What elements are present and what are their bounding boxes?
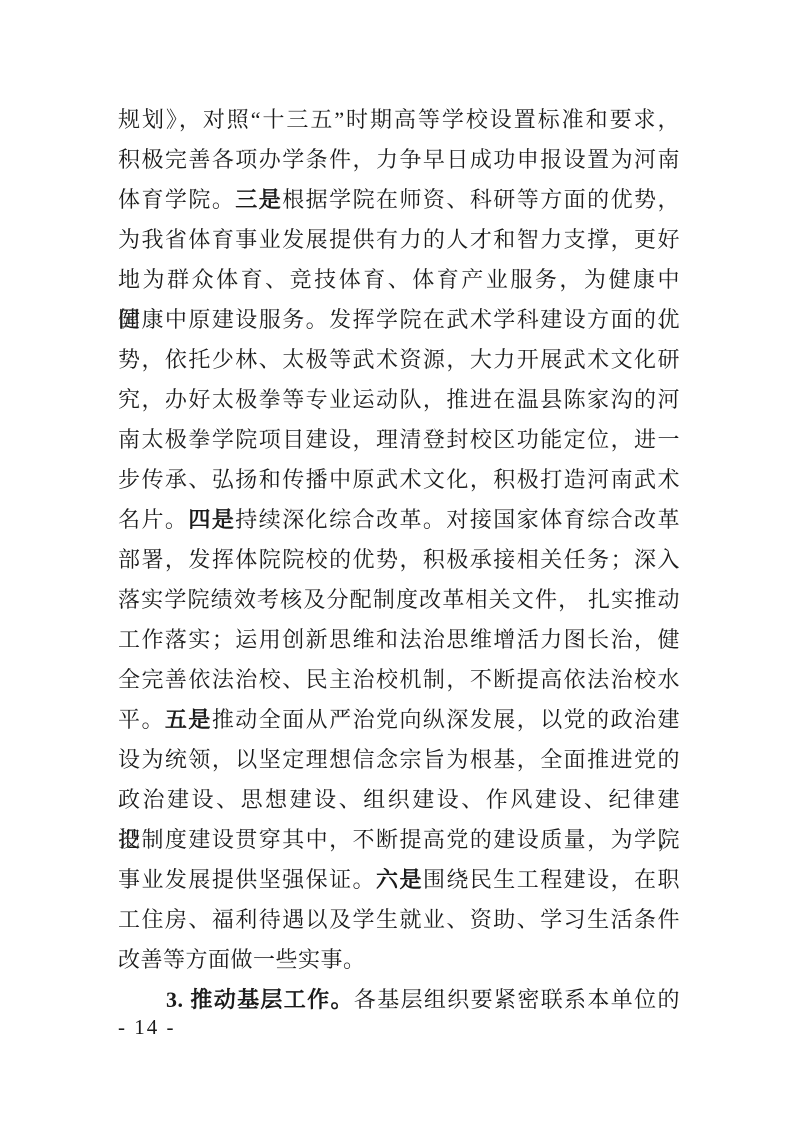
text-run: 设为统领，以坚定理想信念宗旨为根基，全面推进党的: [118, 747, 680, 772]
text-run: 把制度建设贯穿其中，不断提高党的建设质量，为学院: [118, 827, 680, 852]
text-line: 工作落实；运用创新思维和法治思维增活力图长治，健: [118, 620, 680, 660]
text-line: 势，依托少林、太极等武术资源，大力开展武术文化研: [118, 340, 680, 380]
bold-text-run: 3. 推动基层工作。: [166, 987, 354, 1012]
text-line: 事业发展提供坚强保证。六是围绕民生工程建设，在职: [118, 860, 680, 900]
text-line: 把制度建设贯穿其中，不断提高党的建设质量，为学院: [118, 820, 680, 860]
text-run: 持续深化综合改革。对接国家体育综合改革: [235, 507, 680, 532]
text-run: 积极完善各项办学条件，力争早日成功申报设置为河南: [118, 147, 680, 172]
text-run: 为我省体育事业发展提供有力的人才和智力支撑，更好: [118, 227, 680, 252]
text-run: 推动全面从严治党向纵深发展，以党的政治建: [212, 707, 680, 732]
text-run: 平。: [118, 707, 165, 732]
text-run: 部署，发挥体院院校的优势，积极承接相关任务；深入: [118, 547, 680, 572]
text-line: 部署，发挥体院院校的优势，积极承接相关任务；深入: [118, 540, 680, 580]
page-number: - 14 -: [118, 1012, 176, 1042]
text-line: 工住房、福利待遇以及学生就业、资助、学习生活条件: [118, 900, 680, 940]
text-line: 地为群众体育、竞技体育、体育产业服务，为健康中国、: [118, 260, 680, 300]
text-run: 健康中原建设服务。发挥学院在武术学科建设方面的优: [118, 307, 680, 332]
text-line: 名片。四是持续深化综合改革。对接国家体育综合改革: [118, 500, 680, 540]
text-run: 规划》，对照“十三五”时期高等学校设置标准和要求，: [118, 107, 680, 132]
text-line: 积极完善各项办学条件，力争早日成功申报设置为河南: [118, 140, 680, 180]
text-line: 体育学院。三是根据学院在师资、科研等方面的优势，: [118, 180, 680, 220]
text-line: 健康中原建设服务。发挥学院在武术学科建设方面的优: [118, 300, 680, 340]
text-line: 全完善依法治校、民主治校机制，不断提高依法治校水: [118, 660, 680, 700]
text-run: 名片。: [118, 507, 188, 532]
text-line: 究，办好太极拳等专业运动队，推进在温县陈家沟的河: [118, 380, 680, 420]
text-line: 平。五是推动全面从严治党向纵深发展，以党的政治建: [118, 700, 680, 740]
text-line: 3. 推动基层工作。各基层组织要紧密联系本单位的: [118, 980, 680, 1020]
text-run: 体育学院。: [118, 187, 235, 212]
text-run: 根据学院在师资、科研等方面的优势，: [282, 187, 680, 212]
bold-text-run: 五是: [165, 707, 212, 732]
bold-text-run: 三是: [235, 187, 282, 212]
text-run: 工作落实；运用创新思维和法治思维增活力图长治，健: [118, 627, 680, 652]
text-run: 围绕民生工程建设，在职: [423, 867, 680, 892]
text-run: 工住房、福利待遇以及学生就业、资助、学习生活条件: [118, 907, 680, 932]
document-page: 规划》，对照“十三五”时期高等学校设置标准和要求，积极完善各项办学条件，力争早日…: [0, 0, 793, 1122]
text-run: 究，办好太极拳等专业运动队，推进在温县陈家沟的河: [118, 387, 680, 412]
text-line: 步传承、弘扬和传播中原武术文化，积极打造河南武术: [118, 460, 680, 500]
text-line: 改善等方面做一些实事。: [118, 940, 680, 980]
document-body: 规划》，对照“十三五”时期高等学校设置标准和要求，积极完善各项办学条件，力争早日…: [118, 100, 680, 1020]
text-line: 政治建设、思想建设、组织建设、作风建设、纪律建设，: [118, 780, 680, 820]
text-run: 步传承、弘扬和传播中原武术文化，积极打造河南武术: [118, 467, 680, 492]
text-run: 改善等方面做一些实事。: [118, 947, 366, 972]
text-line: 南太极拳学院项目建设，理清登封校区功能定位，进一: [118, 420, 680, 460]
bold-text-run: 六是: [376, 867, 423, 892]
text-run: 落实学院绩效考核及分配制度改革相关文件， 扎实推动: [118, 587, 680, 612]
bold-text-run: 四是: [188, 507, 235, 532]
text-run: 势，依托少林、太极等武术资源，大力开展武术文化研: [118, 347, 680, 372]
text-line: 为我省体育事业发展提供有力的人才和智力支撑，更好: [118, 220, 680, 260]
text-run: 事业发展提供坚强保证。: [118, 867, 376, 892]
text-line: 设为统领，以坚定理想信念宗旨为根基，全面推进党的: [118, 740, 680, 780]
text-line: 规划》，对照“十三五”时期高等学校设置标准和要求，: [118, 100, 680, 140]
text-run: 各基层组织要紧密联系本单位的: [354, 987, 680, 1012]
text-line: 落实学院绩效考核及分配制度改革相关文件， 扎实推动: [118, 580, 680, 620]
text-run: 全完善依法治校、民主治校机制，不断提高依法治校水: [118, 667, 680, 692]
text-run: 南太极拳学院项目建设，理清登封校区功能定位，进一: [118, 427, 680, 452]
